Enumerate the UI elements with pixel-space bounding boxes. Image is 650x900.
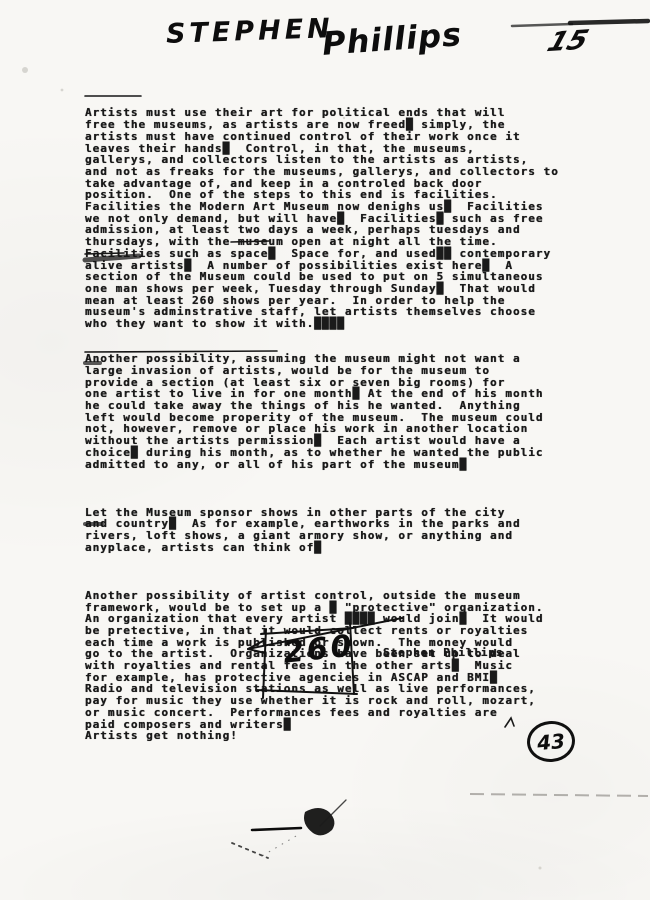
paragraph-4: Another possibility of artist control, o… <box>85 590 595 742</box>
ink-smudge <box>232 800 346 858</box>
circled-page-number-value: 43 <box>536 728 566 754</box>
handwritten-author-last-name: Phillips <box>321 15 463 63</box>
paragraph-1: Artists must use their art for political… <box>85 107 595 329</box>
typed-body-text: Artists must use their art for political… <box>85 84 595 778</box>
dashed-line-mark <box>470 794 648 796</box>
handwritten-author-first-name: STEPHEN <box>166 13 335 50</box>
typed-signature: Stephen Phillips <box>383 646 503 659</box>
scanned-document-page: STEPHEN Phillips 15 Artists must use the… <box>0 0 650 900</box>
handwritten-boxed-number: 260 <box>281 628 356 670</box>
paragraph-3: Let the Museum sponsor shows in other pa… <box>85 507 595 554</box>
handwritten-page-number: 15 <box>543 25 592 59</box>
paragraph-2: Another possibility, assuming the museum… <box>85 353 595 470</box>
